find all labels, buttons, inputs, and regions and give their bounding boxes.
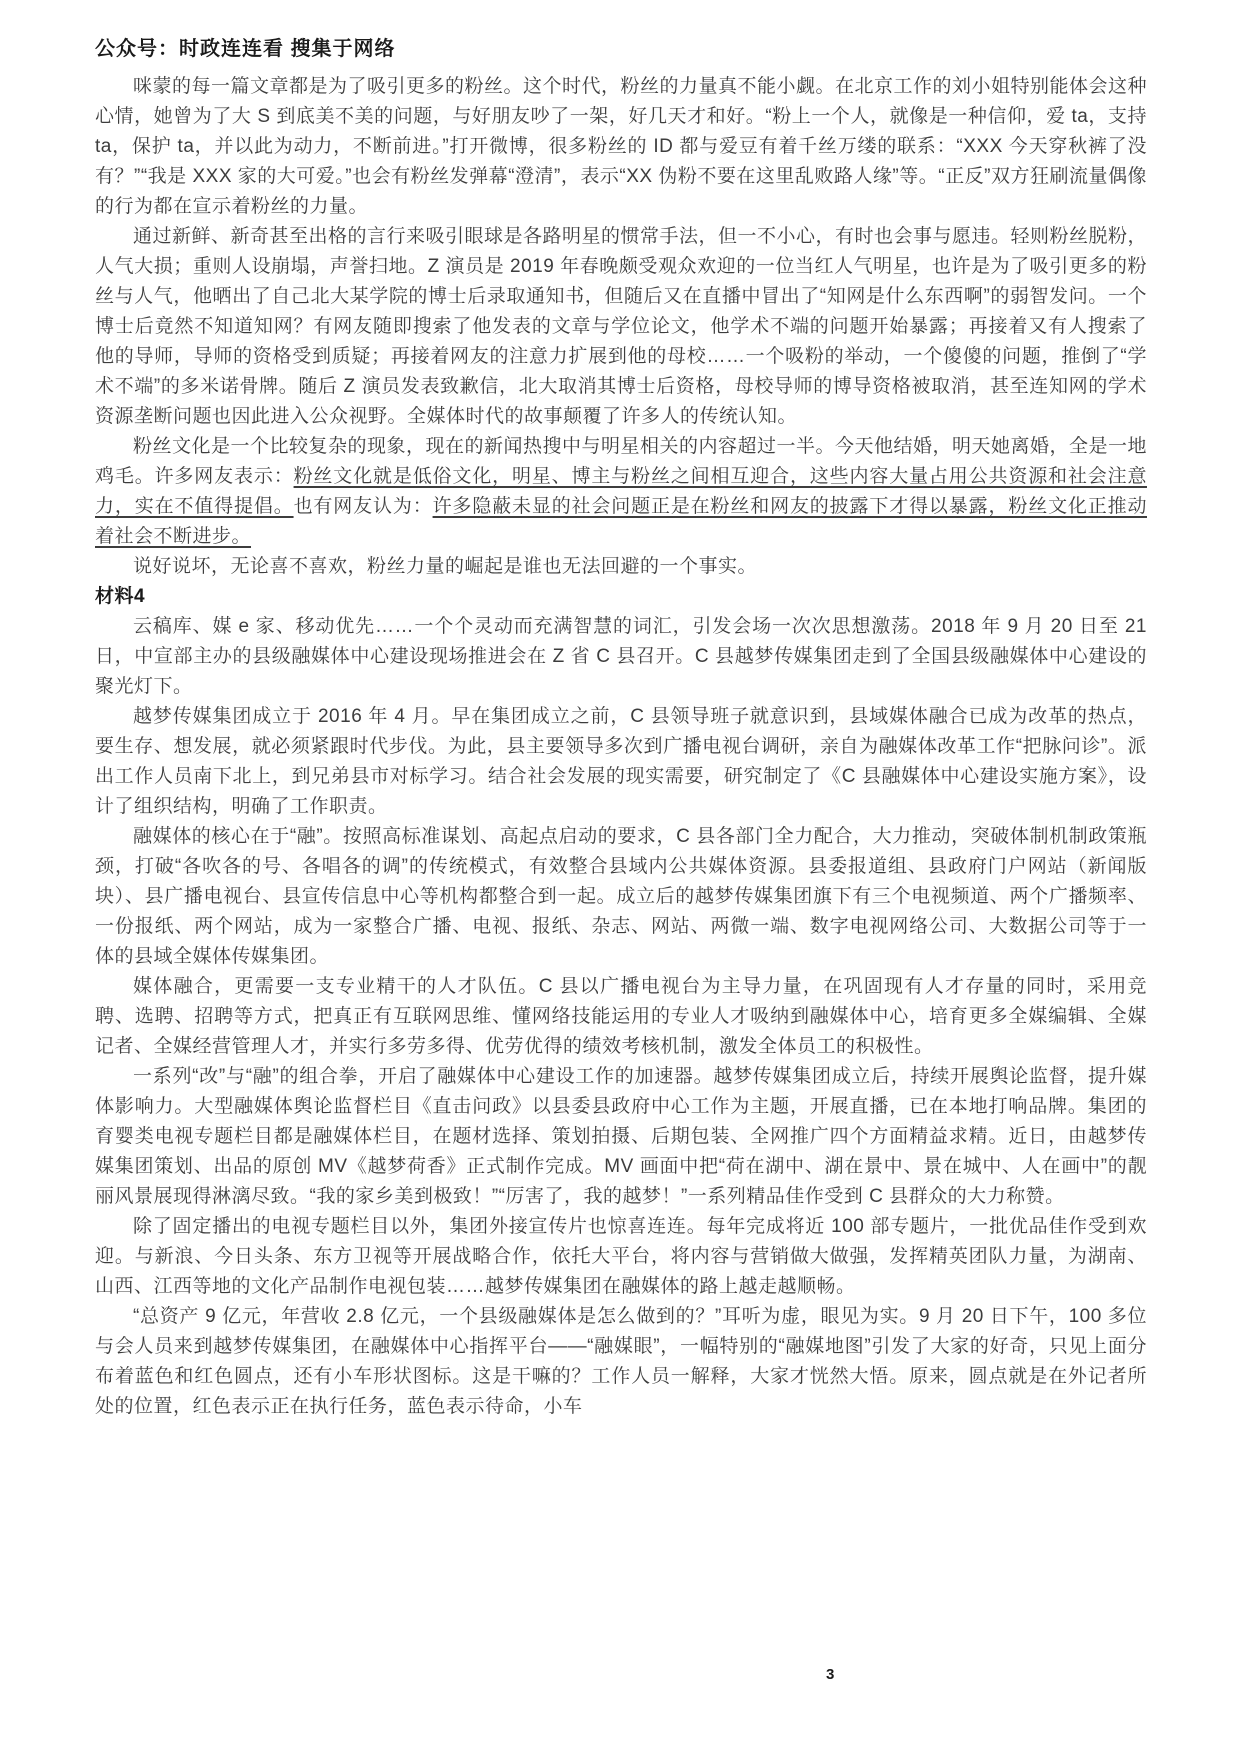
paragraph-text: 通过新鲜、新奇甚至出格的言行来吸引眼球是各路明星的惯常手法，但一不小心，有时也会… bbox=[95, 226, 1147, 427]
paragraph-text: 越梦传媒集团成立于 2016 年 4 月。早在集团成立之前，C 县领导班子就意识… bbox=[95, 706, 1147, 817]
paragraph-text: 融媒体的核心在于“融”。按照高标准谋划、高起点启动的要求，C 县各部门全力配合，… bbox=[95, 826, 1147, 967]
doc-header: 公众号：时政连连看 搜集于网络 bbox=[95, 36, 1147, 62]
paragraph: 说好说坏，无论喜不喜欢，粉丝力量的崛起是谁也无法回避的一个事实。 bbox=[95, 552, 1147, 582]
paragraph: 除了固定播出的电视专题栏目以外，集团外接宣传片也惊喜连连。每年完成将近 100 … bbox=[95, 1212, 1147, 1302]
paragraph-text: “总资产 9 亿元，年营收 2.8 亿元，一个县级融媒体是怎么做到的？”耳听为虚… bbox=[95, 1306, 1147, 1417]
paragraph-text: 媒体融合，更需要一支专业精干的人才队伍。C 县以广播电视台为主导力量，在巩固现有… bbox=[95, 976, 1147, 1057]
paragraph-text: 咪蒙的每一篇文章都是为了吸引更多的粉丝。这个时代，粉丝的力量真不能小觑。在北京工… bbox=[95, 76, 1147, 217]
paragraph-text: 也有网友认为： bbox=[294, 496, 433, 517]
paragraph: 融媒体的核心在于“融”。按照高标准谋划、高起点启动的要求，C 县各部门全力配合，… bbox=[95, 822, 1147, 972]
paragraph-text: 除了固定播出的电视专题栏目以外，集团外接宣传片也惊喜连连。每年完成将近 100 … bbox=[95, 1216, 1147, 1297]
paragraph-text: 一系列“改”与“融”的组合拳，开启了融媒体中心建设工作的加速器。越梦传媒集团成立… bbox=[95, 1066, 1147, 1207]
material-4-heading: 材料4 bbox=[95, 582, 1147, 612]
page-number: 3 bbox=[826, 1666, 834, 1684]
paragraph: 一系列“改”与“融”的组合拳，开启了融媒体中心建设工作的加速器。越梦传媒集团成立… bbox=[95, 1062, 1147, 1212]
paragraph: 咪蒙的每一篇文章都是为了吸引更多的粉丝。这个时代，粉丝的力量真不能小觑。在北京工… bbox=[95, 72, 1147, 222]
document-page: 公众号：时政连连看 搜集于网络 咪蒙的每一篇文章都是为了吸引更多的粉丝。这个时代… bbox=[0, 0, 1240, 1754]
paragraph: 媒体融合，更需要一支专业精干的人才队伍。C 县以广播电视台为主导力量，在巩固现有… bbox=[95, 972, 1147, 1062]
paragraph: “总资产 9 亿元，年营收 2.8 亿元，一个县级融媒体是怎么做到的？”耳听为虚… bbox=[95, 1302, 1147, 1422]
paragraph: 云稿库、媒 e 家、移动优先……一个个灵动而充满智慧的词汇，引发会场一次次思想激… bbox=[95, 612, 1147, 702]
paragraph-text: 说好说坏，无论喜不喜欢，粉丝力量的崛起是谁也无法回避的一个事实。 bbox=[133, 556, 757, 577]
paragraph-text: 云稿库、媒 e 家、移动优先……一个个灵动而充满智慧的词汇，引发会场一次次思想激… bbox=[95, 616, 1147, 697]
paragraph: 越梦传媒集团成立于 2016 年 4 月。早在集团成立之前，C 县领导班子就意识… bbox=[95, 702, 1147, 822]
paragraph: 通过新鲜、新奇甚至出格的言行来吸引眼球是各路明星的惯常手法，但一不小心，有时也会… bbox=[95, 222, 1147, 432]
paragraph: 粉丝文化是一个比较复杂的现象，现在的新闻热搜中与明星相关的内容超过一半。今天他结… bbox=[95, 432, 1147, 552]
